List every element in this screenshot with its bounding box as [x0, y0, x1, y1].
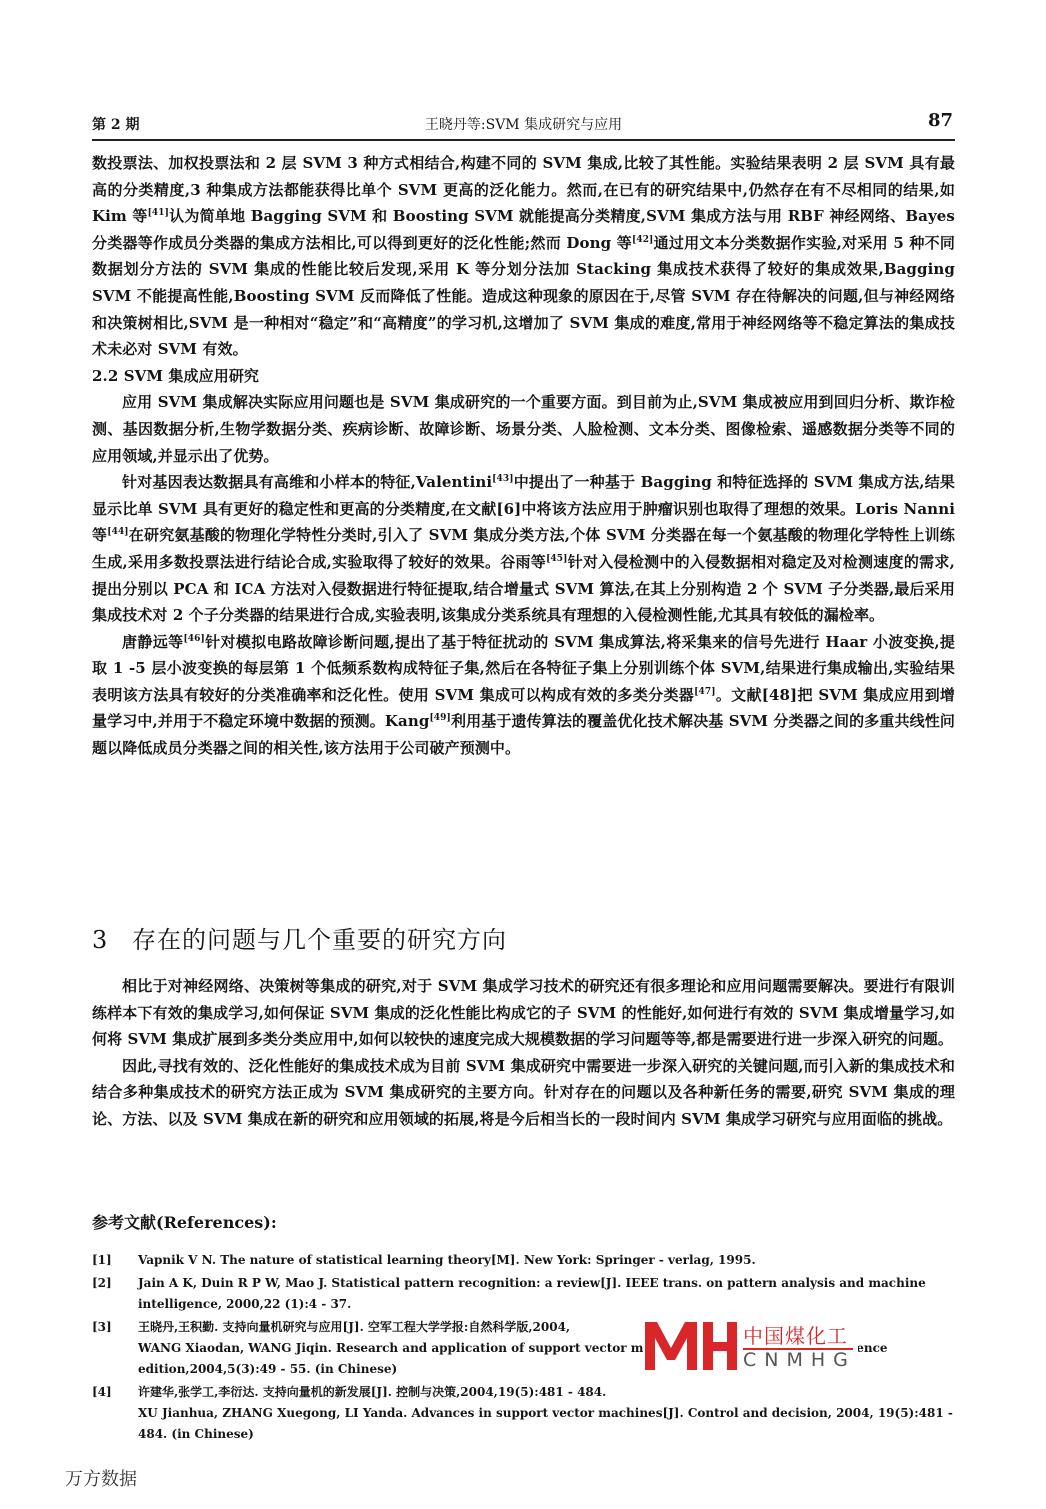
citation: [47]	[694, 687, 715, 697]
citation: [46]	[183, 634, 204, 644]
citation: [44]	[107, 527, 128, 537]
header-divider	[92, 139, 955, 141]
citation: [42]	[632, 235, 653, 245]
reference-item: [4] 许建华,张学工,李衍达. 支持向量机的新发展[J]. 控制与决策,200…	[92, 1382, 962, 1445]
page-number: 87	[928, 110, 953, 131]
reference-item: [1] Vapnik V N. The nature of statistica…	[92, 1250, 962, 1271]
logo-chinese-text: 中国煤化工	[743, 1320, 848, 1349]
references-heading: 参考文献(References):	[92, 1210, 277, 1233]
watermark-logo: 中国煤化工 CNMHG	[643, 1318, 858, 1372]
running-title: 王晓丹等:SVM 集成研究与应用	[92, 114, 955, 134]
section-title: 存在的问题与几个重要的研究方向	[132, 926, 507, 954]
logo-english-text: CNMHG	[743, 1349, 856, 1371]
section-2-1-continuation: 数投票法、加权投票法和 2 层 SVM 3 种方式相结合,构建不同的 SVM 集…	[92, 150, 955, 762]
citation: [45]	[546, 554, 567, 564]
subsection-heading: 2.2 SVM 集成应用研究	[92, 363, 955, 390]
citation: [49]	[429, 713, 450, 723]
section-number: 3	[92, 926, 132, 954]
section-3-body: 相比于对神经网络、决策树等集成的研究,对于 SVM 集成学习技术的研究还有很多理…	[92, 973, 955, 1133]
paragraph: 唐静远等[46]针对模拟电路故障诊断问题,提出了基于特征扰动的 SVM 集成算法…	[92, 629, 955, 762]
paragraph: 针对基因表达数据具有高维和小样本的特征,Valentini[43]中提出了一种基…	[92, 469, 955, 629]
paragraph: 因此,寻找有效的、泛化性能好的集成技术成为目前 SVM 集成研究中需要进一步深入…	[92, 1053, 955, 1133]
paper-page: 第 2 期 王晓丹等:SVM 集成研究与应用 87 数投票法、加权投票法和 2 …	[0, 0, 1046, 1509]
paragraph: 相比于对神经网络、决策树等集成的研究,对于 SVM 集成学习技术的研究还有很多理…	[92, 973, 955, 1053]
paragraph: 应用 SVM 集成解决实际应用问题也是 SVM 集成研究的一个重要方面。到目前为…	[92, 389, 955, 469]
paragraph: 数投票法、加权投票法和 2 层 SVM 3 种方式相结合,构建不同的 SVM 集…	[92, 150, 955, 363]
reference-item: [2] Jain A K, Duin R P W, Mao J. Statist…	[92, 1273, 962, 1315]
citation: [43]	[492, 474, 513, 484]
section-heading: 3存在的问题与几个重要的研究方向	[92, 920, 507, 955]
citation: [41]	[148, 208, 169, 218]
cnmhg-logo-icon	[643, 1318, 739, 1372]
running-header: 第 2 期 王晓丹等:SVM 集成研究与应用 87	[92, 112, 955, 134]
source-watermark: 万方数据	[65, 1465, 137, 1491]
